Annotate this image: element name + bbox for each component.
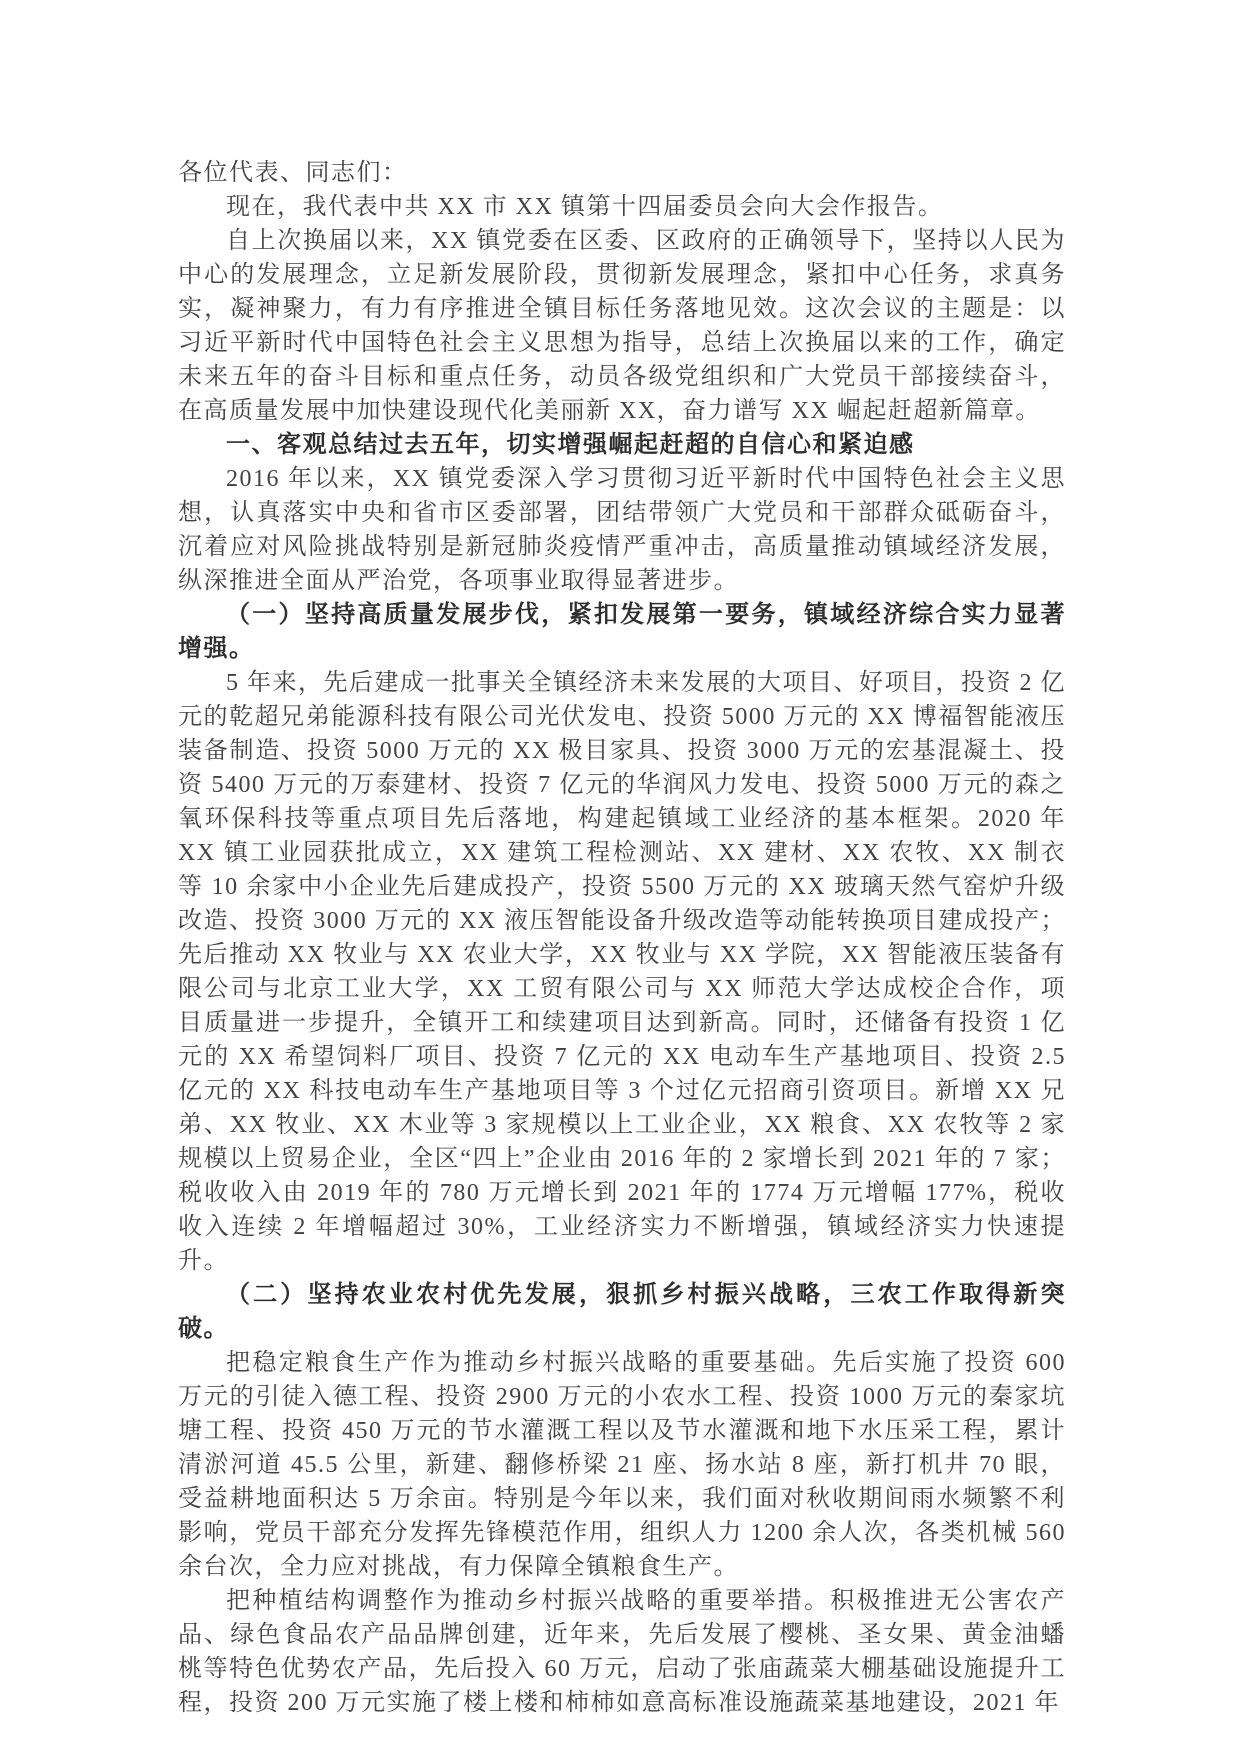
paragraph-overview: 2016 年以来，XX 镇党委深入学习贯彻习近平新时代中国特色社会主义思想，认真… <box>178 462 1066 598</box>
paragraph-industry: 5 年来，先后建成一批事关全镇经济未来发展的大项目、好项目，投资 2 亿元的乾超… <box>178 666 1066 1278</box>
subsection-heading-1: （一）坚持高质量发展步伐，紧扣发展第一要务，镇域经济综合实力显著增强。 <box>178 598 1066 666</box>
subsection-heading-2: （二）坚持农业农村优先发展，狠抓乡村振兴战略，三农工作取得新突破。 <box>178 1278 1066 1346</box>
paragraph-intro: 现在，我代表中共 XX 市 XX 镇第十四届委员会向大会作报告。 <box>178 190 1066 224</box>
section-heading-one: 一、客观总结过去五年，切实增强崛起赶超的自信心和紧迫感 <box>178 428 1066 462</box>
paragraph-grain-production: 把稳定粮食生产作为推动乡村振兴战略的重要基础。先后实施了投资 600 万元的引徒… <box>178 1346 1066 1584</box>
document-content: 各位代表、同志们： 现在，我代表中共 XX 市 XX 镇第十四届委员会向大会作报… <box>178 156 1066 1720</box>
salutation-line: 各位代表、同志们： <box>178 156 1066 190</box>
paragraph-theme: 自上次换届以来，XX 镇党委在区委、区政府的正确领导下，坚持以人民为中心的发展理… <box>178 224 1066 428</box>
paragraph-planting-structure: 把种植结构调整作为推动乡村振兴战略的重要举措。积极推进无公害农产品、绿色食品农产… <box>178 1584 1066 1720</box>
document-page: 各位代表、同志们： 现在，我代表中共 XX 市 XX 镇第十四届委员会向大会作报… <box>0 0 1240 1754</box>
